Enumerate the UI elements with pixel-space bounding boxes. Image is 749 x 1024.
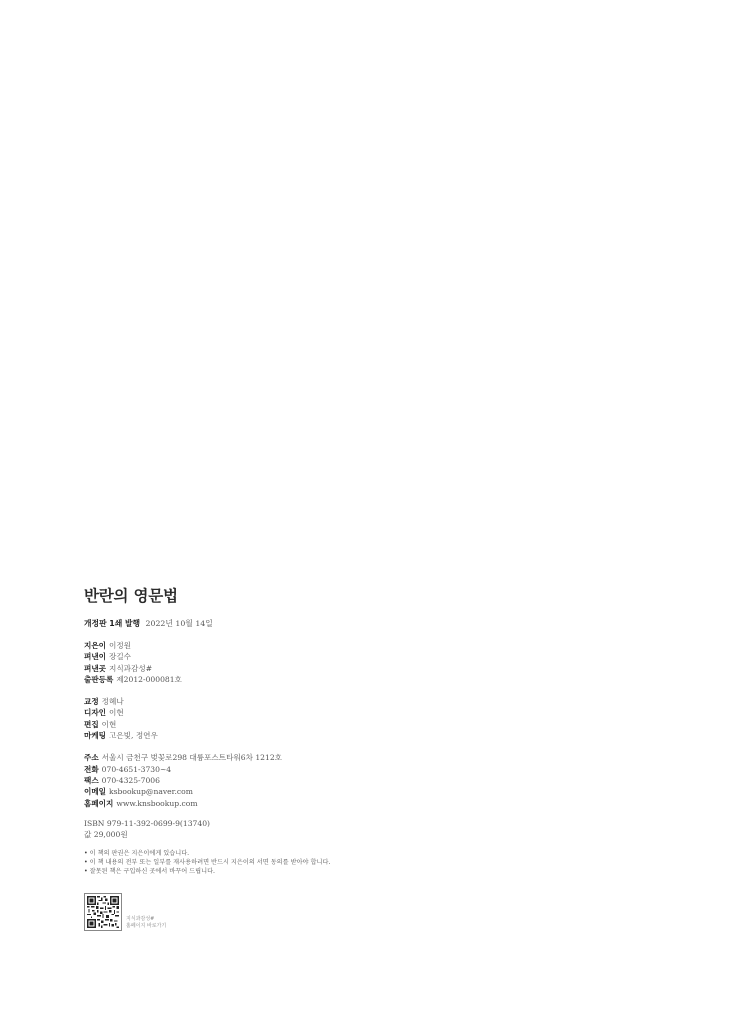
qr-caption: 지식과감성# 홈페이지 바로가기 xyxy=(126,916,166,929)
isbn: ISBN 979-11-392-0699-9(13740) xyxy=(84,818,684,829)
editing-label: 편집 xyxy=(84,720,99,729)
note-item: •잘못된 책은 구입하신 곳에서 바꾸어 드립니다. xyxy=(84,867,684,876)
editing-value: 이현 xyxy=(102,720,117,729)
marketing-value: 고은빛, 정연우 xyxy=(109,731,158,740)
note-text: 이 책의 판권은 지은이에게 있습니다. xyxy=(90,850,190,857)
edition-label: 개정판 1쇄 발행 xyxy=(84,619,140,628)
phone-row: 전화070-4651-3730~4 xyxy=(84,764,684,775)
qr-code-icon[interactable] xyxy=(84,893,122,931)
phone-label: 전화 xyxy=(84,765,99,774)
proofreading-label: 교정 xyxy=(84,697,99,706)
author-value: 이정원 xyxy=(109,641,131,650)
address-value: 서울시 금천구 벚꽃로298 대륭포스트타워6차 1212호 xyxy=(102,753,282,762)
publishing-house-row: 펴낸곳지식과감성# xyxy=(84,663,684,674)
editing-row: 편집이현 xyxy=(84,719,684,730)
fax-label: 팩스 xyxy=(84,776,99,785)
homepage-label: 홈페이지 xyxy=(84,799,113,808)
design-value: 이현 xyxy=(109,708,124,717)
email-row: 이메일ksbookup@naver.com xyxy=(84,786,684,797)
phone-value: 070-4651-3730~4 xyxy=(102,765,171,774)
publishing-house-label: 펴낸곳 xyxy=(84,664,106,673)
note-text: 잘못된 책은 구입하신 곳에서 바꾸어 드립니다. xyxy=(90,868,215,875)
bullet-icon: • xyxy=(84,868,88,875)
proofreading-row: 교정정혜나 xyxy=(84,696,684,707)
publisher-row: 펴낸이장길수 xyxy=(84,651,684,662)
author-label: 지은이 xyxy=(84,641,106,650)
note-text: 이 책 내용의 전부 또는 일부를 재사용하려면 반드시 지은이의 서면 동의를… xyxy=(90,859,331,866)
marketing-row: 마케팅고은빛, 정연우 xyxy=(84,730,684,741)
design-row: 디자인이현 xyxy=(84,707,684,718)
publishing-house-value: 지식과감성# xyxy=(109,664,152,673)
edition-info: 개정판 1쇄 발행 2022년 10월 14일 xyxy=(84,618,684,629)
publishing-info: 지은이이정원 펴낸이장길수 펴낸곳지식과감성# 출판등록제2012-000081… xyxy=(84,640,684,685)
email-value: ksbookup@naver.com xyxy=(109,787,193,796)
qr-caption-line2: 홈페이지 바로가기 xyxy=(126,923,166,930)
note-item: •이 책의 판권은 지은이에게 있습니다. xyxy=(84,849,684,858)
edition-date: 2022년 10월 14일 xyxy=(146,619,213,628)
marketing-label: 마케팅 xyxy=(84,731,106,740)
author-row: 지은이이정원 xyxy=(84,640,684,651)
staff-info: 교정정혜나 디자인이현 편집이현 마케팅고은빛, 정연우 xyxy=(84,696,684,741)
homepage-value: www.knsbookup.com xyxy=(116,799,197,808)
registration-row: 출판등록제2012-000081호 xyxy=(84,674,684,685)
price: 값 29,000원 xyxy=(84,829,684,840)
pricing-info: ISBN 979-11-392-0699-9(13740) 값 29,000원 xyxy=(84,818,684,841)
colophon: 반란의 영문법 개정판 1쇄 발행 2022년 10월 14일 지은이이정원 펴… xyxy=(84,585,684,931)
publisher-label: 펴낸이 xyxy=(84,652,106,661)
homepage-row: 홈페이지www.knsbookup.com xyxy=(84,798,684,809)
fax-row: 팩스070-4325-7006 xyxy=(84,775,684,786)
bullet-icon: • xyxy=(84,850,88,857)
registration-label: 출판등록 xyxy=(84,675,113,684)
bullet-icon: • xyxy=(84,859,88,866)
contact-info: 주소서울시 금천구 벚꽃로298 대륭포스트타워6차 1212호 전화070-4… xyxy=(84,752,684,808)
note-item: •이 책 내용의 전부 또는 일부를 재사용하려면 반드시 지은이의 서면 동의… xyxy=(84,858,684,867)
book-title: 반란의 영문법 xyxy=(84,585,684,607)
proofreading-value: 정혜나 xyxy=(102,697,124,706)
registration-value: 제2012-000081호 xyxy=(116,675,182,684)
email-label: 이메일 xyxy=(84,787,106,796)
qr-section: 지식과감성# 홈페이지 바로가기 xyxy=(84,893,684,931)
address-label: 주소 xyxy=(84,753,99,762)
address-row: 주소서울시 금천구 벚꽃로298 대륭포스트타워6차 1212호 xyxy=(84,752,684,763)
design-label: 디자인 xyxy=(84,708,106,717)
fax-value: 070-4325-7006 xyxy=(102,776,160,785)
publisher-value: 장길수 xyxy=(109,652,131,661)
notes: •이 책의 판권은 지은이에게 있습니다. •이 책 내용의 전부 또는 일부를… xyxy=(84,849,684,876)
